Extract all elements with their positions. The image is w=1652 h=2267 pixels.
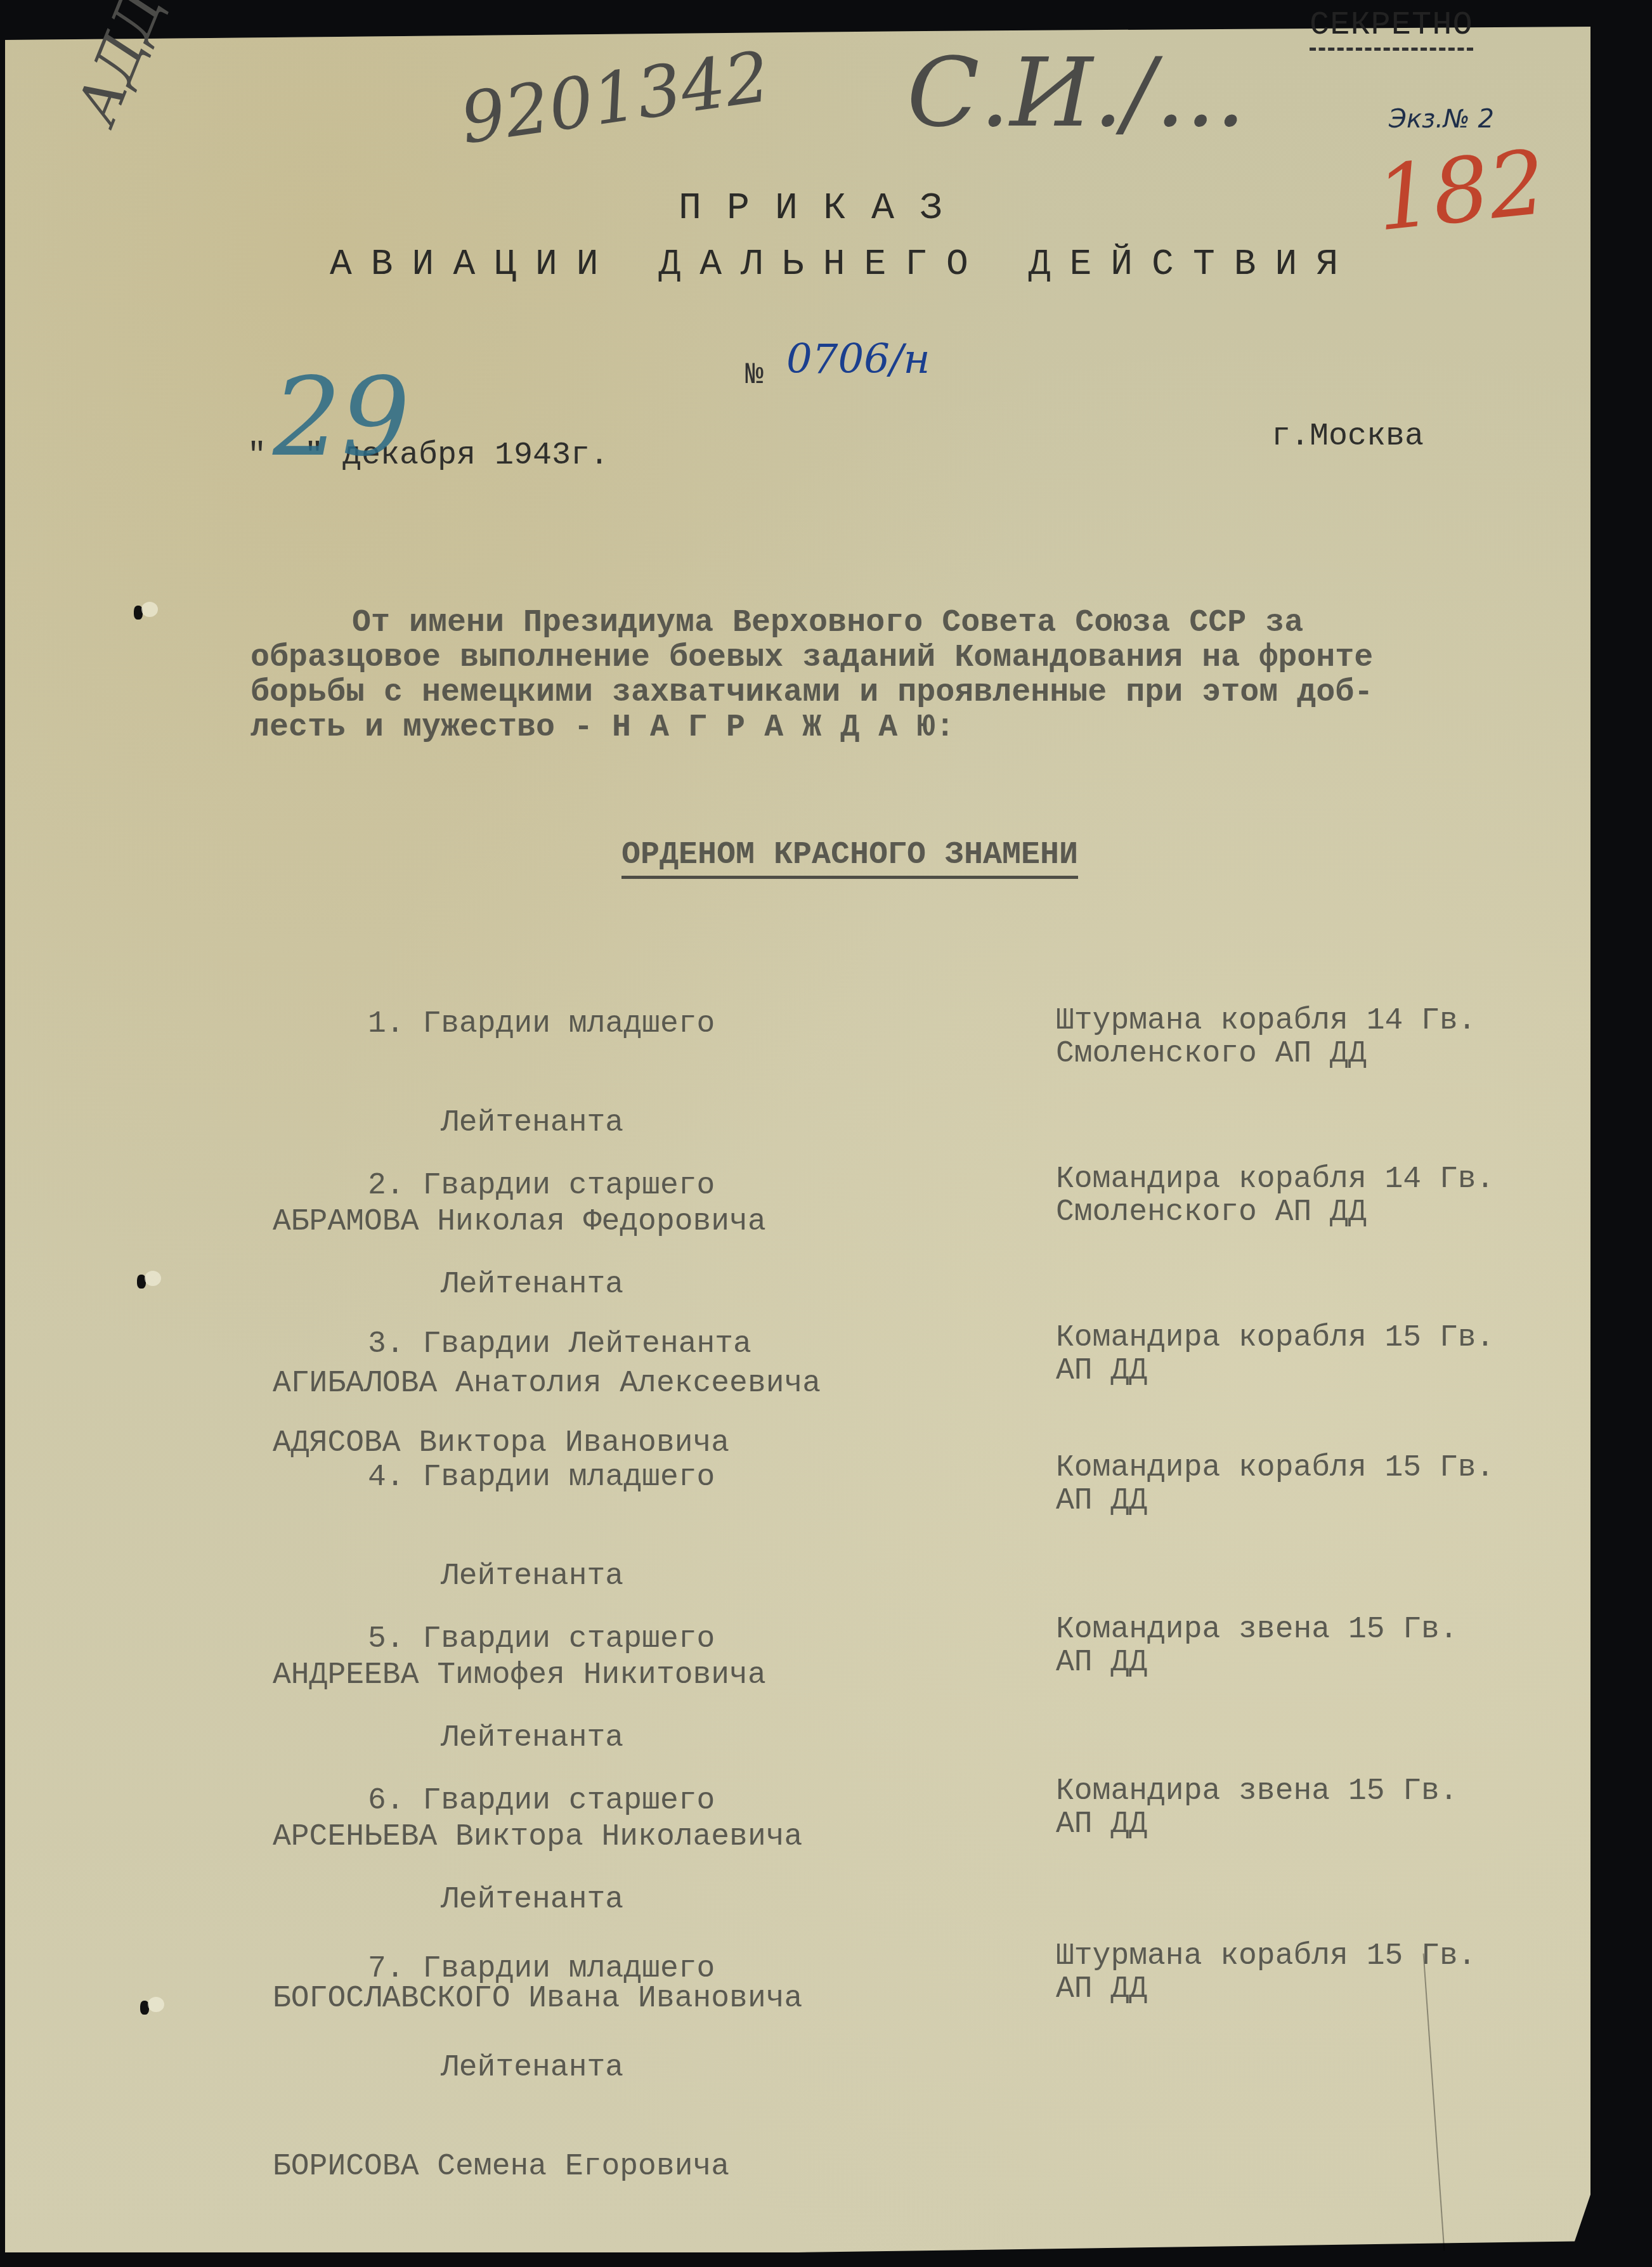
- awardee-position: Штурмана корабля 15 Гв.АП ДД: [1056, 1874, 1476, 2072]
- order-number-sign: №: [745, 358, 764, 393]
- intro-line: борьбы с немецкими захватчиками и проявл…: [250, 675, 1570, 710]
- document-subtitle: АВИАЦИИ ДАЛЬНЕГО ДЕЙСТВИЯ: [330, 244, 1357, 285]
- order-city: г.Москва: [1272, 419, 1424, 455]
- handwritten-signature: С.И./...: [907, 38, 1246, 148]
- intro-paragraph: От имени Президиума Верховного Совета Со…: [250, 606, 1570, 745]
- document-title: ПРИКАЗ: [679, 187, 968, 230]
- punch-hole: [127, 1268, 155, 1296]
- intro-line: лесть и мужество - Н А Г Р А Ж Д А Ю:: [250, 710, 1570, 745]
- intro-line: От имени Президиума Верховного Совета Со…: [250, 606, 1570, 640]
- intro-line: образцовое выполнение боевых заданий Ком…: [250, 640, 1570, 675]
- order-day-handwritten: 29: [273, 355, 410, 481]
- awardee-entry: 7. Гвардии младшего Лейтенанта БОРИСОВА …: [273, 1887, 729, 2249]
- order-number-handwritten: 0706/н: [786, 336, 930, 383]
- award-title: ОРДЕНОМ КРАСНОГО ЗНАМЕНИ: [621, 837, 1078, 879]
- awardee-name: БОРИСОВА Семена Егоровича: [273, 2150, 729, 2183]
- classification-stamp: СЕКРЕТНО: [1310, 6, 1473, 51]
- copy-number-stamp: Экз.№ 2: [1389, 105, 1494, 134]
- punch-hole: [130, 1994, 158, 2022]
- punch-hole: [124, 599, 152, 627]
- red-pencil-number: 182: [1371, 131, 1551, 251]
